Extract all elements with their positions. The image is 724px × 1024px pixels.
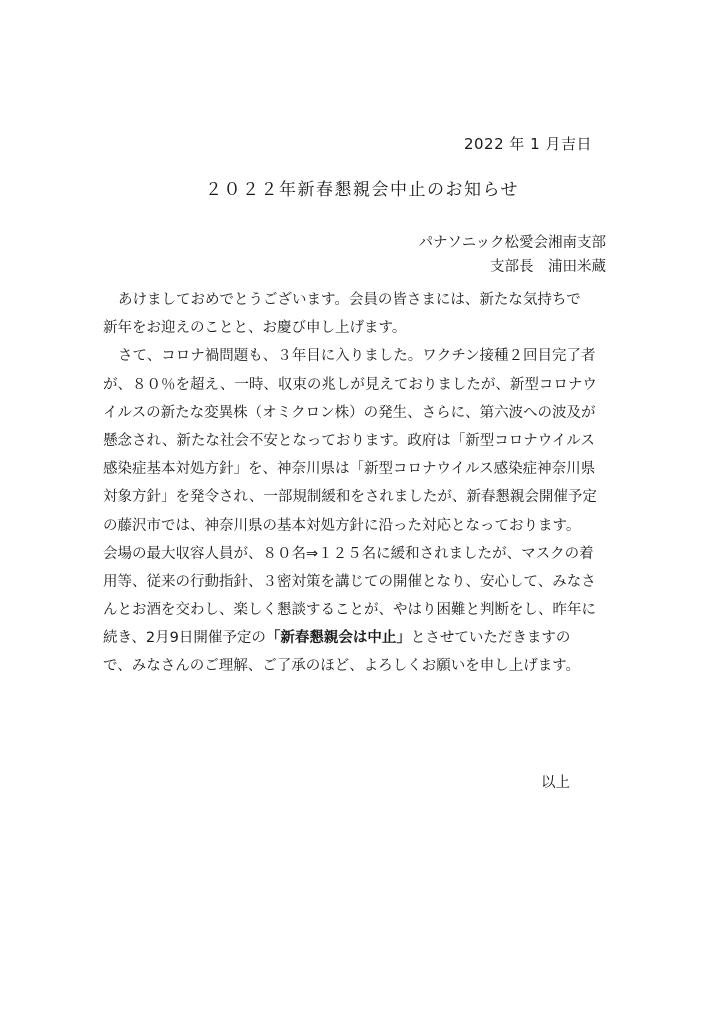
- document-date: 2022 年 1 月吉日: [464, 133, 592, 154]
- body-text: とさせていただきますの: [411, 630, 571, 646]
- body-line: あけましておめでとうございます。会員の皆さまには、新たな気持ちで: [103, 286, 623, 314]
- body-line: 感染症基本対処方針」を、神奈川県は「新型コロナウイルス感染症神奈川県: [103, 455, 623, 483]
- sender-signatory: 支部長 浦田米蔵: [419, 255, 606, 279]
- closing-mark: 以上: [541, 771, 570, 792]
- sender-organization: パナソニック松愛会湘南支部: [419, 231, 606, 255]
- body-line: で、みなさんのご理解、ご了承のほど、よろしくお願いを申し上げます。: [103, 652, 623, 680]
- body-line: 懸念され、新たな社会不安となっております。政府は「新型コロナウイルス: [103, 427, 623, 455]
- body-line: が、８０％を超え、一時、収束の兆しが見えておりましたが、新型コロナウ: [103, 371, 623, 399]
- body-line-cancellation: 続き、2月9日開催予定の「新春懇親会は中止」とさせていただきますの: [103, 624, 623, 652]
- cancellation-notice-emphasis: 「新春懇親会は中止」: [266, 630, 411, 646]
- body-line: 対象方針」を発令され、一部規制緩和をされましたが、新春懇親会開催予定: [103, 483, 623, 511]
- document-body: あけましておめでとうございます。会員の皆さまには、新たな気持ちで 新年をお迎えの…: [103, 286, 623, 681]
- document-page: 2022 年 1 月吉日 ２０２２年新春懇親会中止のお知らせ パナソニック松愛会…: [0, 0, 724, 1024]
- body-line: イルスの新たな変異株（オミクロン株）の発生、さらに、第六波への波及が: [103, 399, 623, 427]
- sender-block: パナソニック松愛会湘南支部 支部長 浦田米蔵: [419, 231, 606, 279]
- body-line: んとお酒を交わし、楽しく懇談することが、やはり困難と判断をし、昨年に: [103, 596, 623, 624]
- body-line: 新年をお迎えのことと、お慶び申し上げます。: [103, 314, 623, 342]
- body-line: さて、コロナ禍問題も、３年目に入りました。ワクチン接種２回目完了者: [103, 342, 623, 370]
- body-text: 続き、2月9日開催予定の: [103, 630, 266, 646]
- body-line: 用等、従来の行動指針、３密対策を講じての開催となり、安心して、みなさ: [103, 568, 623, 596]
- body-line: の藤沢市では、神奈川県の基本対処方針に沿った対応となっております。: [103, 512, 623, 540]
- document-title: ２０２２年新春懇親会中止のお知らせ: [0, 175, 724, 200]
- body-line: 会場の最大収容人員が、８０名⇒１２５名に緩和されましたが、マスクの着: [103, 540, 623, 568]
